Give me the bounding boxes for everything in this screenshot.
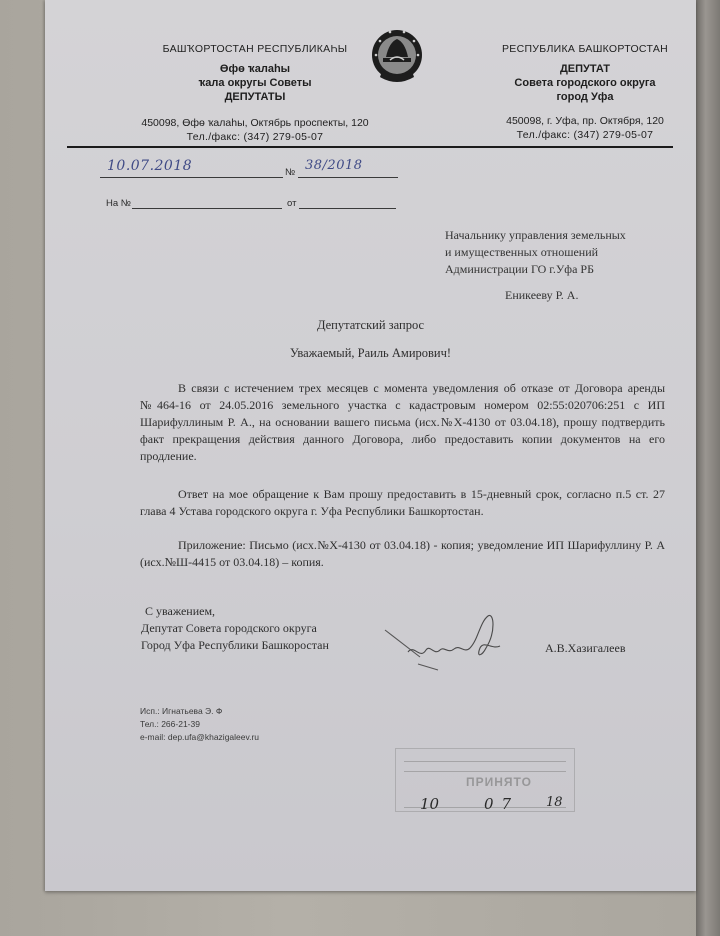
letterhead-address: 450098, г. Уфа, пр. Октября, 120 [465,114,705,128]
signature-icon [380,612,520,672]
stamp-year: 18 [546,795,563,810]
letterhead-line: город Уфа [465,90,705,104]
attachments-paragraph: Приложение: Письмо (исх.№Х-4130 от 03.04… [140,537,665,571]
letterhead-divider [67,146,673,148]
letterhead-line: Өфө ҡалаһы [115,62,395,76]
ref-label: На № [106,198,131,209]
closing-regards: С уважением, [141,603,329,620]
letterhead-phone: Тел./факс: (347) 279-05-07 [115,130,395,144]
from-label: от [287,198,296,209]
outgoing-number: 38/2018 [305,158,363,173]
letterhead-bashkir: БАШҠОРТОСТАН РЕСПУБЛИКАҺЫ Өфө ҡалаһы ҡал… [115,42,395,144]
letter-page: БАШҠОРТОСТАН РЕСПУБЛИКАҺЫ Өфө ҡалаһы ҡал… [45,0,696,891]
addressee-name: Еникееву Р. А. [505,288,578,303]
letterhead-line: ҡала округы Советы [115,76,395,90]
ref-field-line [132,208,282,209]
coat-of-arms-icon [368,27,426,89]
executor-phone: Тел.: 266-21-39 [140,718,259,731]
outgoing-date: 10.07.2018 [107,158,192,174]
addressee-line: Администрации ГО г.Уфа РБ [445,261,695,278]
letterhead-line: Совета городского округа [465,76,705,90]
addressee-line: Начальнику управления земельных [445,227,695,244]
letterhead-russian: РЕСПУБЛИКА БАШКОРТОСТАН ДЕПУТАТ Совета г… [465,42,705,142]
addressee-line: и имущественных отношений [445,244,695,261]
letterhead-country: РЕСПУБЛИКА БАШКОРТОСТАН [465,42,705,56]
stamp-day: 10 [420,795,439,813]
executor-name: Исп.: Игнатьева Э. Ф [140,705,259,718]
letterhead-line: ДЕПУТАТ [465,62,705,76]
stamp-title: ПРИНЯТО [466,775,532,789]
document-title: Депутатский запрос [45,318,696,333]
addressee-block: Начальнику управления земельных и имущес… [445,227,695,278]
received-stamp: ПРИНЯТО 10 07 18 [395,748,575,812]
signer-name: А.В.Хазигалеев [545,641,625,656]
from-field-line [299,208,396,209]
number-label: № [285,167,295,178]
closing-position: Город Уфа Республики Башкоростан [141,637,329,654]
date-field-line [100,177,283,178]
letterhead-country: БАШҠОРТОСТАН РЕСПУБЛИКАҺЫ [115,42,395,56]
letterhead-line: ДЕПУТАТЫ [115,90,395,104]
closing-position: Депутат Совета городского округа [141,620,329,637]
executor-email: e-mail: dep.ufa@khazigaleev.ru [140,731,259,744]
salutation: Уважаемый, Раиль Амирович! [45,346,696,361]
body-paragraph: Ответ на мое обращение к Вам прошу предо… [140,486,665,520]
executor-block: Исп.: Игнатьева Э. Ф Тел.: 266-21-39 e-m… [140,705,259,744]
number-field-line [298,177,398,178]
letterhead-address: 450098, Өфө ҡалаһы, Октябрь проспекты, 1… [115,116,395,130]
stamp-month: 07 [484,795,519,813]
body-paragraph: В связи с истечением трех месяцев с моме… [140,380,665,465]
closing-block: С уважением, Депутат Совета городского о… [141,603,329,654]
letterhead-phone: Тел./факс: (347) 279-05-07 [465,128,705,142]
